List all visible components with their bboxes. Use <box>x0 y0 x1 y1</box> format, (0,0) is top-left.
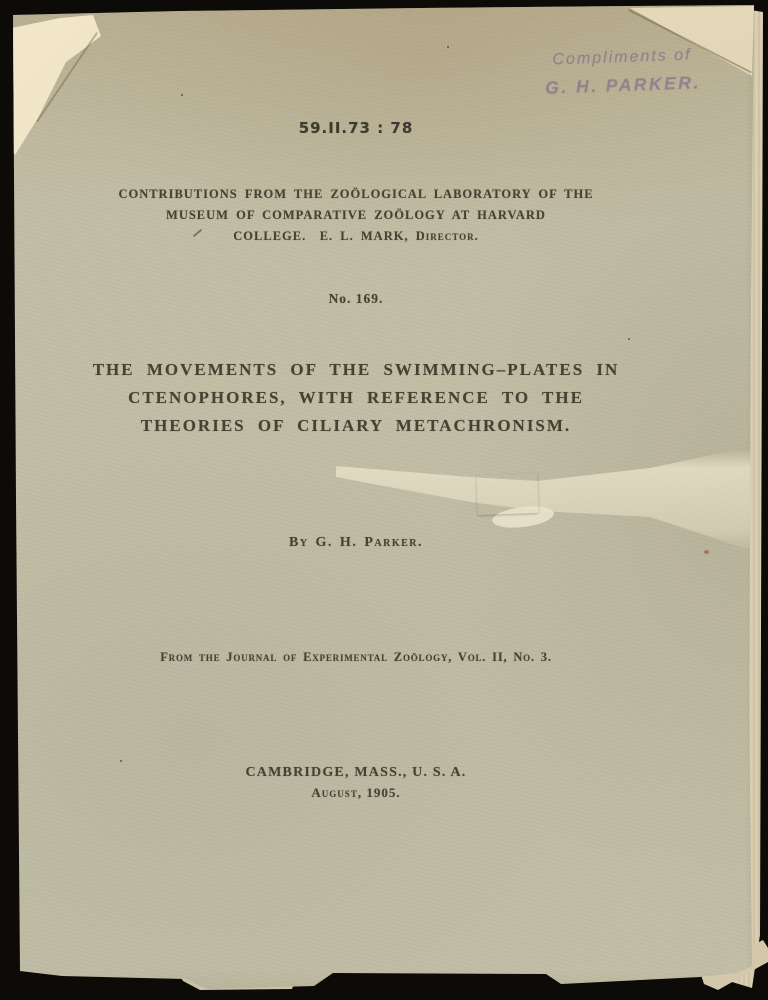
imprint-date: August, 1905. <box>0 785 712 801</box>
title-line-2: CTENOPHORES, WITH REFERENCE TO THE <box>0 388 712 408</box>
catalog-number: 59.II.73 : 78 <box>0 119 712 137</box>
institution-line-2: MUSEUM OF COMPARATIVE ZOÖLOGY AT HARVARD <box>0 208 712 223</box>
series-number: No. 169. <box>0 291 712 307</box>
byline: By G. H. Parker. <box>0 535 712 551</box>
institution-line-1: CONTRIBUTIONS FROM THE ZOÖLOGICAL LABORA… <box>0 187 712 202</box>
source-note: From the Journal of Experimental Zoölogy… <box>0 650 712 665</box>
institution-line-3: COLLEGE. E. L. MARK, Director. <box>0 229 712 244</box>
pamphlet-cover: Compliments of G. H. PARKER. 59.II.73 : … <box>0 0 768 1000</box>
title-line-1: THE MOVEMENTS OF THE SWIMMING–PLATES IN <box>0 360 712 380</box>
imprint-place: CAMBRIDGE, MASS., U. S. A. <box>0 765 712 781</box>
title-line-3: THEORIES OF CILIARY METACHRONISM. <box>0 416 712 436</box>
photo-backdrop: Compliments of G. H. PARKER. 59.II.73 : … <box>0 0 768 1000</box>
printed-text-block: 59.II.73 : 78 CONTRIBUTIONS FROM THE ZOÖ… <box>0 0 712 1000</box>
